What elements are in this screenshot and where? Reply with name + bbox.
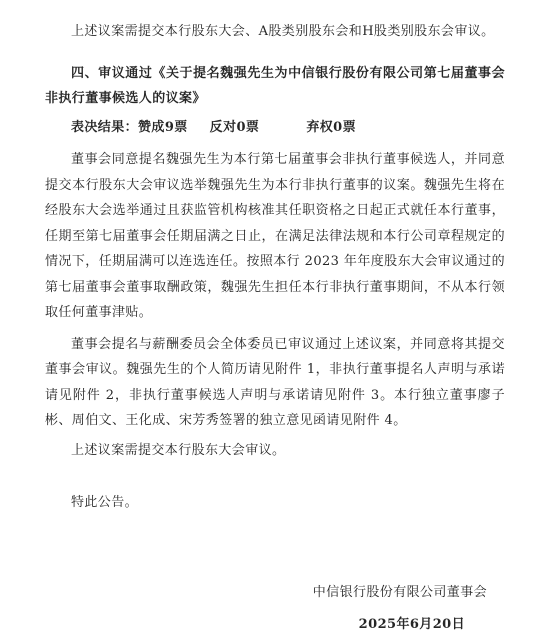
vote-abstain-count: 弃权0票 [306, 120, 356, 135]
agenda-item-4-heading: 四、审议通过《关于提名魏强先生为中信银行股份有限公司第七届董事会非执行董事候选人… [45, 61, 505, 112]
vote-result-line: 表决结果：赞成9票反对0票弃权0票 [45, 115, 505, 141]
paragraph-committee-approval: 董事会提名与薪酬委员会全体委员已审议通过上述议案，并同意将其提交董事会审议。魏强… [45, 332, 505, 434]
vote-for-count: 赞成9票 [138, 120, 188, 135]
vote-against-count: 反对0票 [210, 120, 260, 135]
signature-company: 中信银行股份有限公司董事会 [45, 580, 487, 606]
paragraph-submit-class-meetings: 上述议案需提交本行股东大会、A股类别股东会和H股类别股东会审议。 [45, 19, 505, 45]
announcement-page: 上述议案需提交本行股东大会、A股类别股东会和H股类别股东会审议。 四、审议通过《… [0, 0, 550, 632]
paragraph-submit-agm: 上述议案需提交本行股东大会审议。 [45, 438, 505, 464]
signature-date: 2025年6月20日 [45, 612, 465, 632]
vote-result-label: 表决结果： [71, 120, 138, 135]
closing-statement: 特此公告。 [45, 490, 505, 516]
paragraph-board-resolution: 董事会同意提名魏强先生为本行第七届董事会非执行董事候选人，并同意提交本行股东大会… [45, 147, 505, 326]
